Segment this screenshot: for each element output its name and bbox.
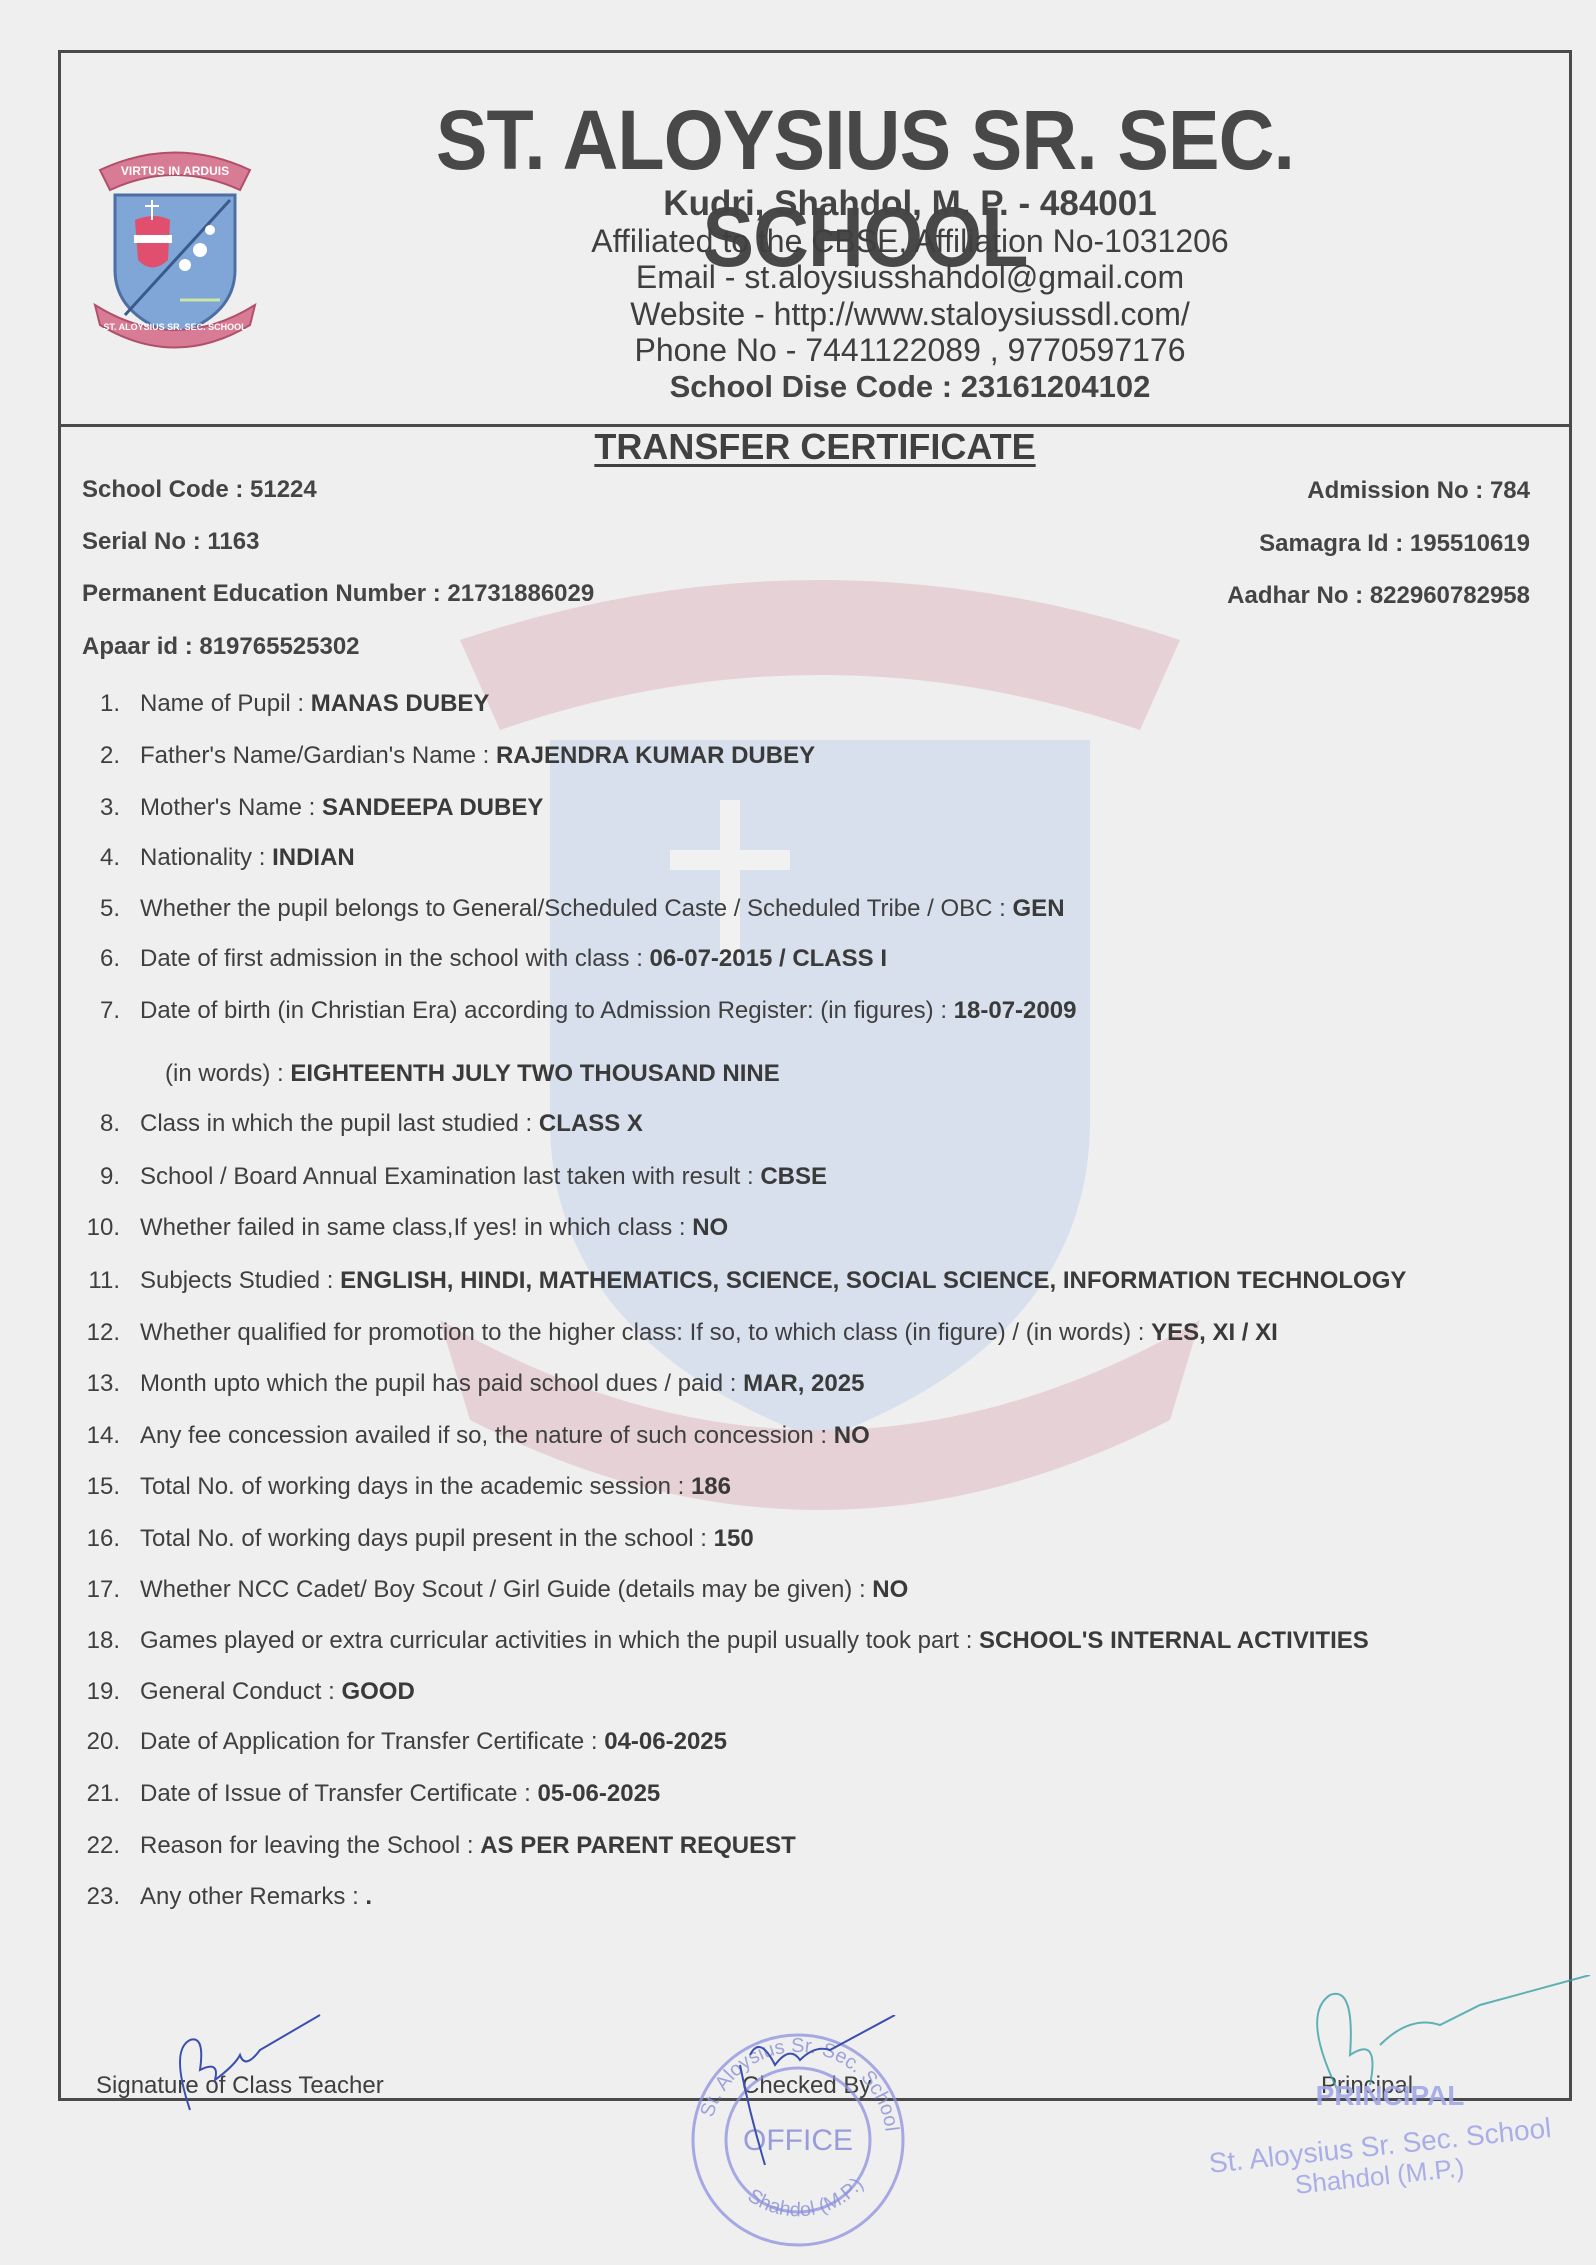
item-label: Total No. of working days in the academi… [140, 1473, 691, 1500]
item-number: 11. [60, 1267, 120, 1295]
item-text: Date of first admission in the school wi… [140, 945, 887, 973]
item-value: SANDEEPA DUBEY [322, 794, 543, 821]
school-dise-code: School Dise Code : 23161204102 [420, 369, 1400, 406]
item-number: 14. [60, 1422, 120, 1450]
item-number: 18. [60, 1627, 120, 1655]
item-number: 20. [60, 1728, 120, 1756]
item-value: SCHOOL'S INTERNAL ACTIVITIES [979, 1627, 1369, 1654]
item-label: Month upto which the pupil has paid scho… [140, 1370, 743, 1397]
item-value: NO [834, 1422, 870, 1449]
item-number: 15. [60, 1473, 120, 1501]
item-value: INDIAN [272, 844, 355, 871]
item-value: 186 [691, 1473, 731, 1500]
item-number: 21. [60, 1780, 120, 1808]
item-label: Date of first admission in the school wi… [140, 945, 650, 972]
item-value: NO [692, 1214, 728, 1241]
aadhar-no: Aadhar No : 822960782958 [1227, 582, 1530, 610]
item-label: Whether qualified for promotion to the h… [140, 1319, 1151, 1346]
item-label: Name of Pupil : [140, 690, 311, 717]
item-text: Father's Name/Gardian's Name : RAJENDRA … [140, 742, 815, 770]
item-value: AS PER PARENT REQUEST [480, 1832, 796, 1859]
item-label: Whether NCC Cadet/ Boy Scout / Girl Guid… [140, 1576, 872, 1603]
item-text: Any other Remarks : . [140, 1883, 372, 1911]
permanent-education-number: Permanent Education Number : 21731886029 [82, 580, 594, 608]
item-number: 5. [60, 895, 120, 923]
item-value: 06-07-2015 / CLASS I [650, 945, 887, 972]
svg-text:ST. ALOYSIUS SR. SEC. SCHOOL: ST. ALOYSIUS SR. SEC. SCHOOL [103, 322, 247, 332]
item-value: 18-07-2009 [954, 997, 1077, 1024]
item-text: Date of birth (in Christian Era) accordi… [140, 997, 1076, 1025]
item-value: CBSE [760, 1163, 827, 1190]
item-number: 9. [60, 1163, 120, 1191]
school-details: Kudri, Shahdol, M. P. - 484001 Affiliate… [420, 186, 1400, 405]
svg-text:Shahdol (M.P.): Shahdol (M.P.) [744, 2174, 868, 2222]
item-value: 05-06-2025 [538, 1780, 661, 1807]
item-value: GOOD [341, 1678, 414, 1705]
item-number: 23. [60, 1883, 120, 1911]
item-number: 6. [60, 945, 120, 973]
item-number: 1. [60, 690, 120, 718]
certificate-title: TRANSFER CERTIFICATE [0, 426, 1596, 468]
item-text: Nationality : INDIAN [140, 844, 355, 872]
item-value: MANAS DUBEY [311, 690, 490, 717]
item-value: YES, XI / XI [1151, 1319, 1278, 1346]
item-label: Games played or extra curricular activit… [140, 1627, 979, 1654]
item-label: Father's Name/Gardian's Name : [140, 742, 496, 769]
principal-stamp-icon: PRINCIPAL St. Aloysius Sr. Sec. School S… [1180, 1975, 1596, 2235]
item-value: 04-06-2025 [604, 1728, 727, 1755]
school-website: Website - http://www.staloysiussdl.com/ [420, 296, 1400, 333]
school-phone: Phone No - 7441122089 , 9770597176 [420, 332, 1400, 369]
item-text: (in words) : EIGHTEENTH JULY TWO THOUSAN… [165, 1060, 780, 1088]
svg-text:St. Aloysius Sr. Sec. School: St. Aloysius Sr. Sec. School [696, 2035, 902, 2133]
item-value: EIGHTEENTH JULY TWO THOUSAND NINE [290, 1060, 779, 1087]
item-value: ENGLISH, HINDI, MATHEMATICS, SCIENCE, SO… [340, 1267, 1406, 1294]
item-text: School / Board Annual Examination last t… [140, 1163, 827, 1191]
item-text: Whether the pupil belongs to General/Sch… [140, 895, 1065, 923]
item-number: 4. [60, 844, 120, 872]
item-value: MAR, 2025 [743, 1370, 864, 1397]
item-text: Games played or extra curricular activit… [140, 1627, 1369, 1655]
samagra-id: Samagra Id : 195510619 [1259, 530, 1530, 558]
item-text: General Conduct : GOOD [140, 1678, 415, 1706]
item-number: 17. [60, 1576, 120, 1604]
item-label: Date of Issue of Transfer Certificate : [140, 1780, 538, 1807]
item-text: Month upto which the pupil has paid scho… [140, 1370, 864, 1398]
item-number: 13. [60, 1370, 120, 1398]
item-label: Mother's Name : [140, 794, 322, 821]
item-number: 16. [60, 1525, 120, 1553]
svg-text:OFFICE: OFFICE [743, 2124, 853, 2157]
item-label: School / Board Annual Examination last t… [140, 1163, 760, 1190]
school-address: Kudri, Shahdol, M. P. - 484001 [420, 186, 1400, 223]
item-number: 19. [60, 1678, 120, 1706]
apaar-id: Apaar id : 819765525302 [82, 633, 360, 661]
item-label: Date of birth (in Christian Era) accordi… [140, 997, 954, 1024]
item-label: Whether the pupil belongs to General/Sch… [140, 895, 1013, 922]
school-email: Email - st.aloysiusshahdol@gmail.com [420, 259, 1400, 296]
svg-text:PRINCIPAL: PRINCIPAL [1316, 2080, 1465, 2111]
class-teacher-signature-icon [160, 2010, 330, 2120]
item-text: Total No. of working days pupil present … [140, 1525, 754, 1553]
school-code: School Code : 51224 [82, 476, 317, 504]
item-value: GEN [1013, 895, 1065, 922]
admission-no: Admission No : 784 [1307, 477, 1530, 505]
item-text: Reason for leaving the School : AS PER P… [140, 1832, 796, 1860]
item-text: Any fee concession availed if so, the na… [140, 1422, 870, 1450]
item-label: Nationality : [140, 844, 272, 871]
item-number: 7. [60, 997, 120, 1025]
item-number: 8. [60, 1110, 120, 1138]
item-text: Total No. of working days in the academi… [140, 1473, 731, 1501]
item-text: Date of Application for Transfer Certifi… [140, 1728, 727, 1756]
item-value: NO [872, 1576, 908, 1603]
school-crest-icon: VIRTUS IN ARDUIS ST. ALOYSIUS SR. SEC. S… [90, 140, 260, 350]
item-text: Date of Issue of Transfer Certificate : … [140, 1780, 660, 1808]
item-label: (in words) : [165, 1060, 290, 1087]
item-value: RAJENDRA KUMAR DUBEY [496, 742, 815, 769]
item-label: General Conduct : [140, 1678, 341, 1705]
item-label: Any fee concession availed if so, the na… [140, 1422, 834, 1449]
item-text: Whether qualified for promotion to the h… [140, 1319, 1278, 1347]
item-number: 12. [60, 1319, 120, 1347]
item-text: Whether NCC Cadet/ Boy Scout / Girl Guid… [140, 1576, 908, 1604]
item-text: Whether failed in same class,If yes! in … [140, 1214, 728, 1242]
item-text: Name of Pupil : MANAS DUBEY [140, 690, 489, 718]
item-number: 10. [60, 1214, 120, 1242]
svg-text:VIRTUS IN ARDUIS: VIRTUS IN ARDUIS [121, 164, 229, 178]
item-label: Date of Application for Transfer Certifi… [140, 1728, 604, 1755]
item-text: Subjects Studied : ENGLISH, HINDI, MATHE… [140, 1267, 1406, 1295]
school-affiliation: Affiliated to the CBSE, Affiliation No-1… [420, 223, 1400, 260]
item-label: Subjects Studied : [140, 1267, 340, 1294]
item-value: CLASS X [539, 1110, 643, 1137]
office-stamp-icon: OFFICE St. Aloysius Sr. Sec. School Shah… [680, 2015, 920, 2260]
item-number: 3. [60, 794, 120, 822]
item-label: Class in which the pupil last studied : [140, 1110, 539, 1137]
item-label: Total No. of working days pupil present … [140, 1525, 714, 1552]
item-label: Any other Remarks : [140, 1883, 365, 1910]
item-label: Whether failed in same class,If yes! in … [140, 1214, 692, 1241]
item-value: . [365, 1883, 372, 1910]
item-number: 22. [60, 1832, 120, 1860]
item-label: Reason for leaving the School : [140, 1832, 480, 1859]
item-value: 150 [714, 1525, 754, 1552]
serial-no: Serial No : 1163 [82, 528, 259, 556]
item-text: Class in which the pupil last studied : … [140, 1110, 643, 1138]
item-number: 2. [60, 742, 120, 770]
item-text: Mother's Name : SANDEEPA DUBEY [140, 794, 543, 822]
